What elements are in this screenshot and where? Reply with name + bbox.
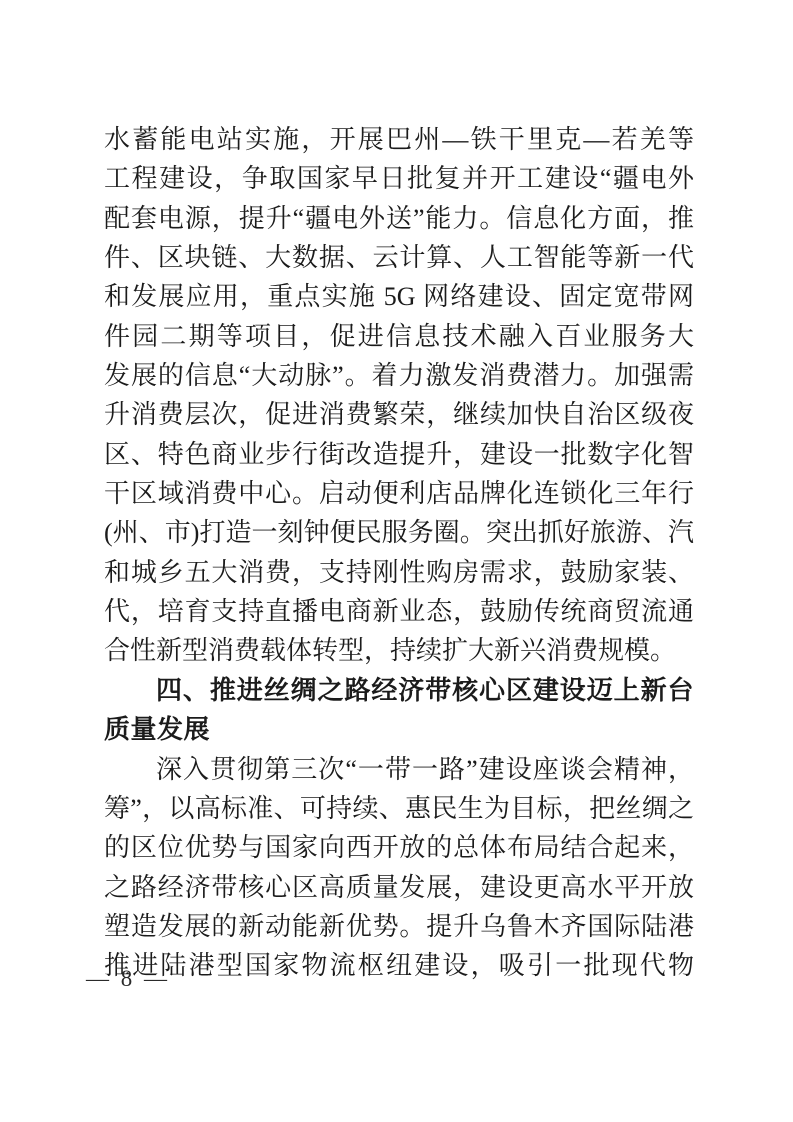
document-page: 水蓄能电站实施，开展巴州—铁干里克—若羌等 750 千伏输变电 工程建设，争取国…	[0, 0, 793, 1122]
body-line: 筹”，以高标准、可持续、惠民生为目标，把丝绸之路经济带核心区	[104, 789, 694, 828]
body-line: 水蓄能电站实施，开展巴州—铁干里克—若羌等 750 千伏输变电	[104, 120, 694, 159]
section-heading-line: 四、推进丝绸之路经济带核心区建设迈上新台阶，以开放促高	[104, 671, 694, 710]
body-line: 推进陆港型国家物流枢纽建设，吸引一批现代物流、国际商贸、先	[104, 946, 694, 985]
body-line: 塑造发展的新动能新优势。提升乌鲁木齐国际陆港区枢纽能级。	[104, 907, 694, 946]
body-line: 深入贯彻第三次“一带一路”建设座谈会精神，坚持“五个统	[104, 750, 694, 789]
body-line: 代，培育支持直播电商新业态，鼓励传统商贸流通企业向多功能综	[104, 592, 694, 631]
body-line: 和发展应用，重点实施 5G 网络建设、固定宽带网络提升、新疆软	[104, 277, 694, 316]
body-line: 升消费层次，促进消费繁荣，继续加快自治区级夜间经济示范街	[104, 395, 694, 434]
body-line: (州、市)打造一刻钟便民服务圈。突出抓好旅游、汽车、住房、新兴	[104, 513, 694, 552]
body-line: 工程建设，争取国家早日批复并开工建设“疆电外送”第三通道及	[104, 159, 694, 198]
section-heading-line: 质量发展	[104, 710, 694, 749]
body-line: 配套电源，提升“疆电外送”能力。信息化方面，推进集成电路、软	[104, 199, 694, 238]
body-line: 件园二期等项目，促进信息技术融入百业服务大众，打通经济社会	[104, 317, 694, 356]
body-line: 干区域消费中心。启动便利店品牌化连锁化三年行动，鼓励各地	[104, 474, 694, 513]
body-line: 之路经济带核心区高质量发展，建设更高水平开放型经济新体制，	[104, 868, 694, 907]
body-line: 和城乡五大消费，支持刚性购房需求，鼓励家装、家电、家具更新换	[104, 553, 694, 592]
body-line: 区、特色商业步行街改造提升，建设一批数字化智慧街区，形成若	[104, 435, 694, 474]
body-line: 发展的信息“大动脉”。着力激发消费潜力。加强需求侧管理，提	[104, 356, 694, 395]
text-block: 水蓄能电站实施，开展巴州—铁干里克—若羌等 750 千伏输变电 工程建设，争取国…	[104, 120, 694, 986]
body-line: 合性新型消费载体转型，持续扩大新兴消费规模。	[104, 631, 694, 670]
body-line: 的区位优势与国家向西开放的总体布局结合起来，持续推进丝绸	[104, 828, 694, 867]
body-line: 件、区块链、大数据、云计算、人工智能等新一代信息技术融合创新	[104, 238, 694, 277]
page-number: — 8 —	[86, 966, 170, 992]
